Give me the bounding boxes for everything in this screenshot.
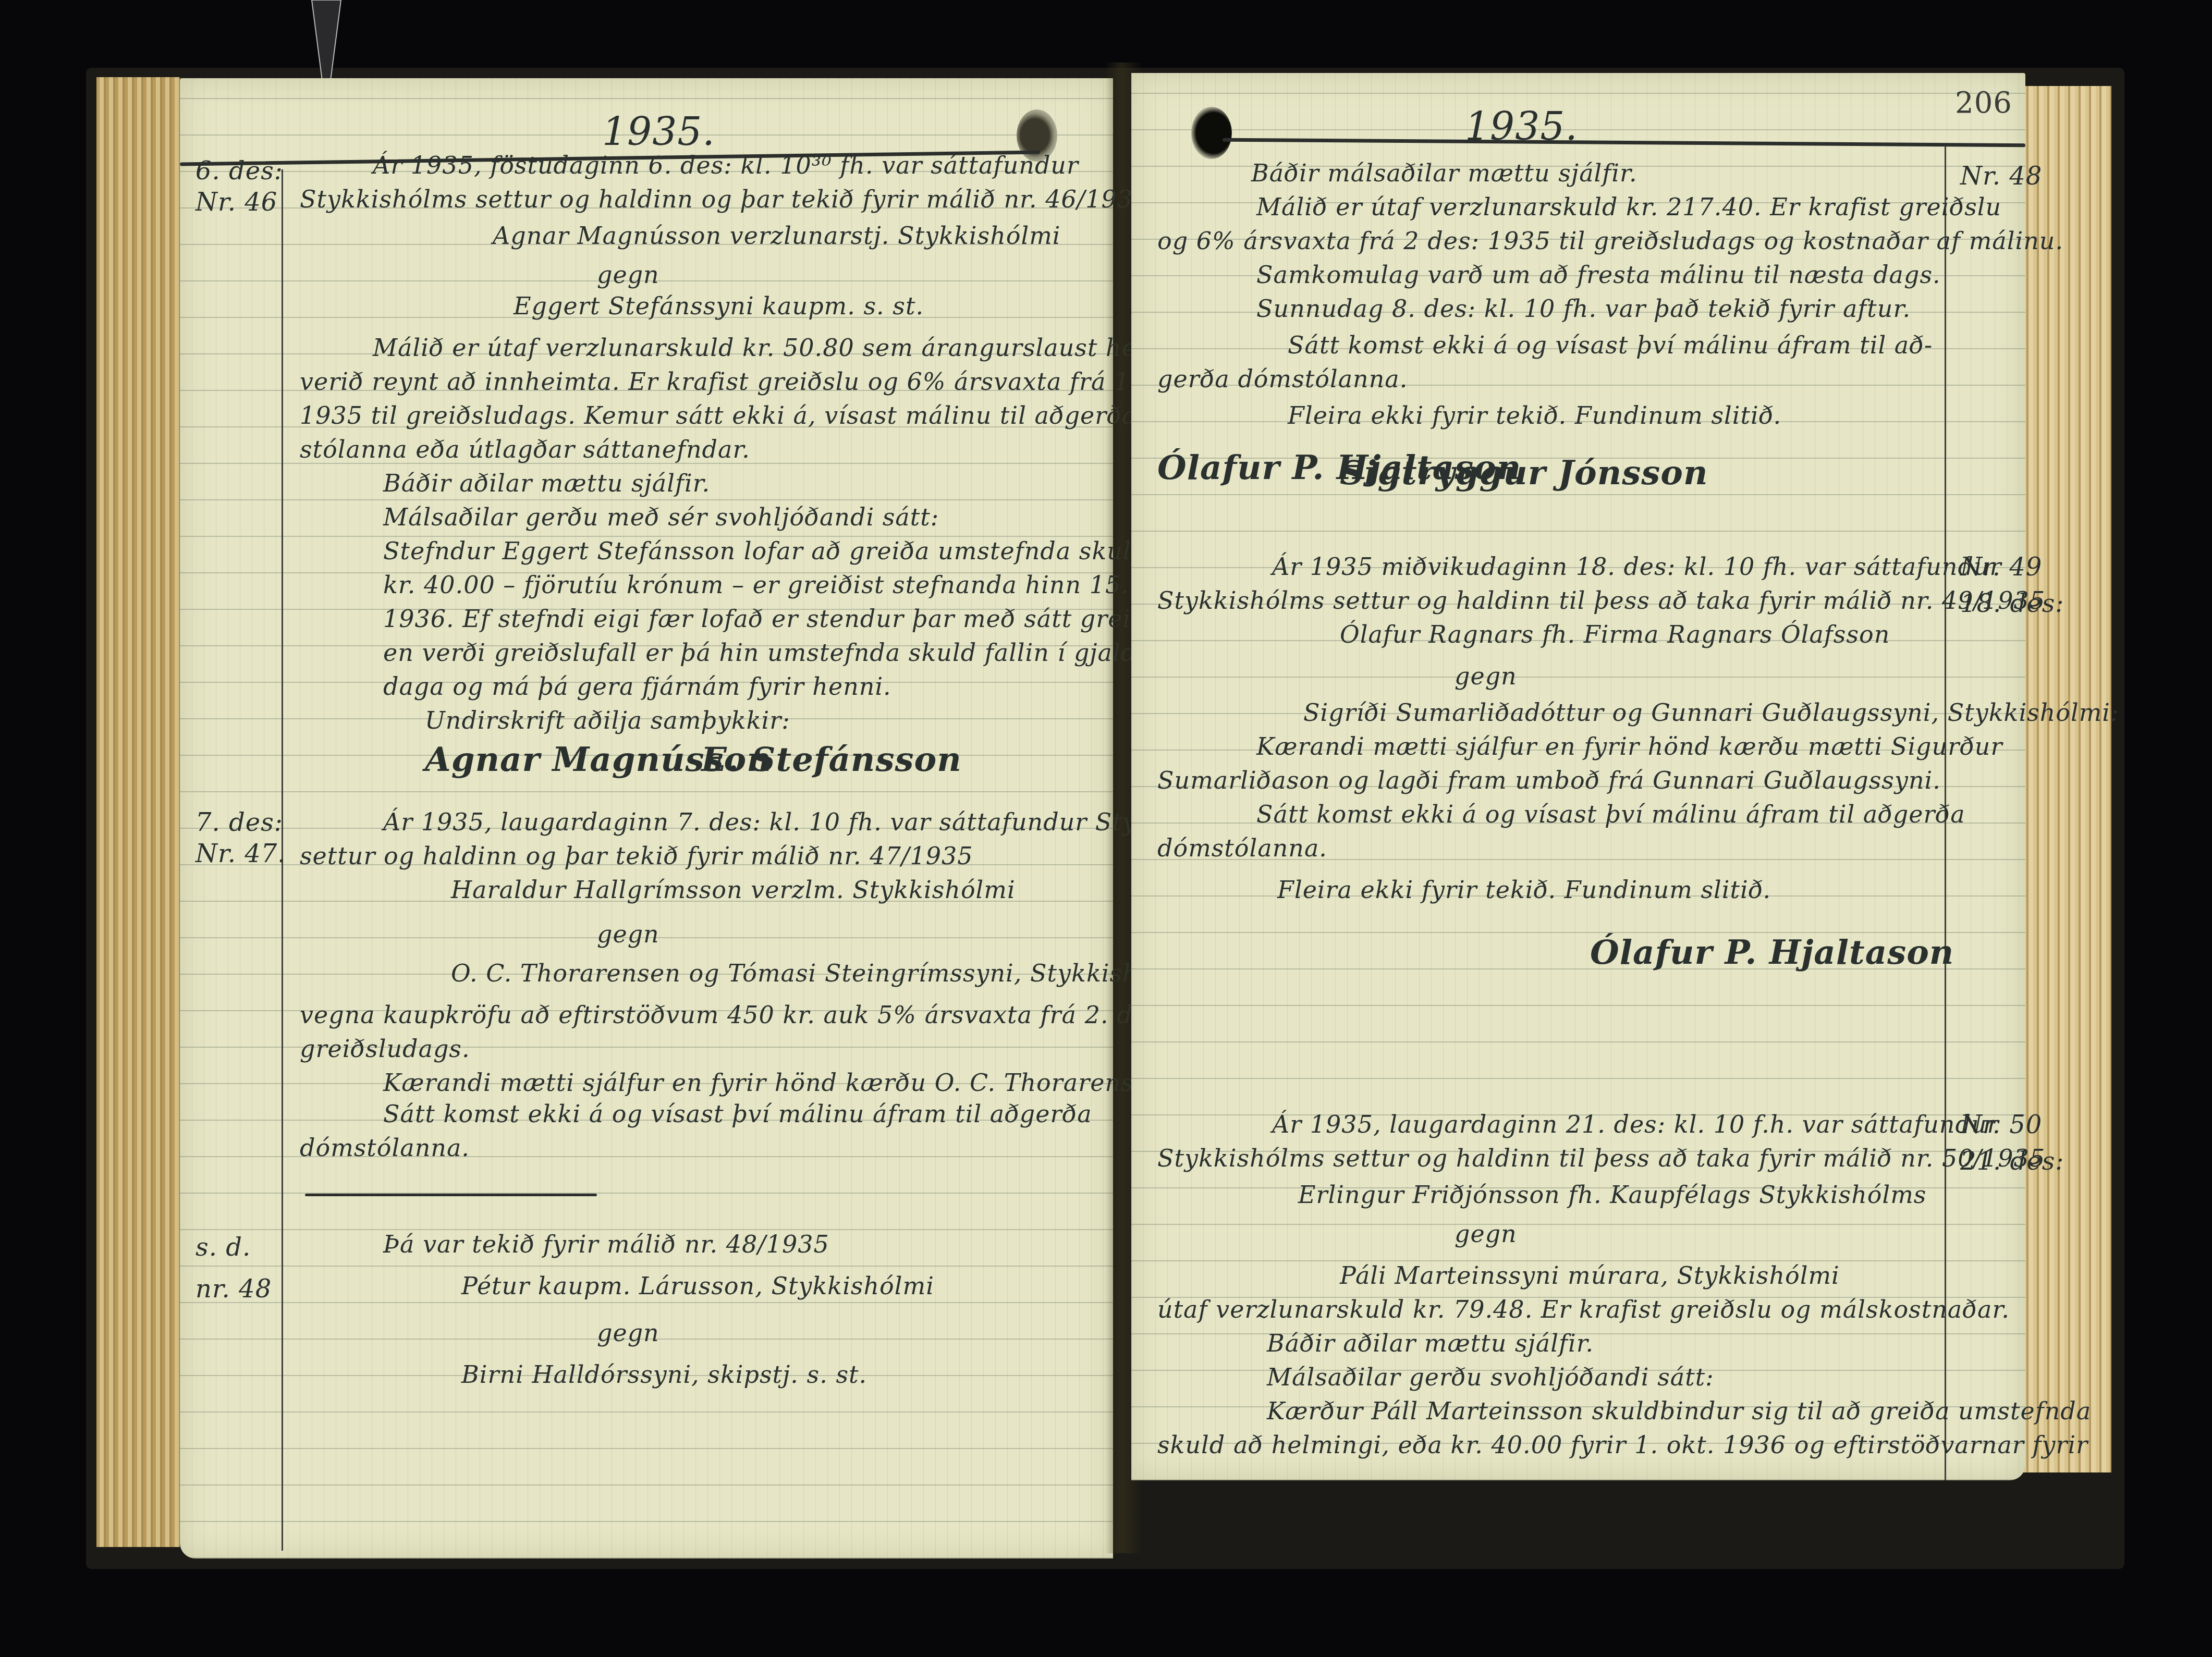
margin-date: 6. des: [195, 156, 283, 186]
entry-line: Málsaðilar gerðu svohljóðandi sátt: [1267, 1363, 1714, 1391]
left-page: 1935. 6. des: Nr. 46 Ár 1935, föstudagin… [180, 78, 1113, 1558]
entry-line: Sátt komst ekki á og vísast því málinu á… [1256, 800, 1965, 828]
entry-separator [305, 1194, 597, 1196]
entry-line: vegna kaupkröfu að eftirstöðvum 450 kr. … [300, 1001, 1203, 1029]
right-page-edges [2023, 86, 2111, 1472]
entry-line: settur og haldinn og þar tekið fyrir mál… [300, 842, 973, 870]
entry-line: Þá var tekið fyrir málið nr. 48/1935 [383, 1230, 829, 1258]
entry-line: Báðir aðilar mættu sjálfir. [383, 469, 710, 497]
entry-line: Undirskrift aðilja samþykkir: [425, 706, 790, 734]
entry-line: Ár 1935, laugardaginn 21. des: kl. 10 f.… [1272, 1110, 1999, 1138]
entry-line: Sátt komst ekki á og vísast því málinu á… [1288, 331, 1933, 359]
entry-line: útaf verzlunarskuld kr. 79.48. Er krafis… [1157, 1295, 2010, 1323]
entry-party: Haraldur Hallgrímsson verzlm. Stykkishól… [451, 876, 1016, 904]
header-rule [1223, 138, 2025, 148]
entry-party: O. C. Thorarensen og Tómasi Steingrímssy… [451, 959, 1193, 987]
margin-case-number: Nr. 46 [195, 188, 277, 217]
left-page-edges [96, 77, 180, 1547]
knife-blade-icon [311, 0, 342, 91]
entry-line: gerða dómstólanna. [1157, 365, 1408, 393]
right-page: 1935. 206 Nr. 48 Báðir málsaðilar mættu … [1131, 73, 2025, 1480]
entry-line: Málið er útaf verzlunarskuld kr. 217.40.… [1256, 193, 2001, 221]
margin-case-number: nr. 48 [195, 1274, 272, 1304]
margin-case-number: Nr. 48 [1960, 162, 2042, 191]
entry-line: dómstólanna. [1157, 834, 1327, 862]
entry-line: verið reynt að innheimta. Er krafist gre… [300, 367, 1193, 396]
entry-gegn: gegn [1455, 1220, 1517, 1248]
entry-line: Sumarliðason og lagði fram umboð frá Gun… [1157, 766, 1941, 794]
entry-line: Sátt komst ekki á og vísast því málinu á… [383, 1100, 1092, 1128]
entry-gegn: gegn [1455, 662, 1517, 690]
entry-gegn: gegn [597, 920, 659, 948]
entry-line: Stykkishólms settur og haldinn til þess … [1157, 586, 2045, 615]
entry-line: dómstólanna. [300, 1134, 470, 1162]
entry-line: skuld að helmingi, eða kr. 40.00 fyrir 1… [1157, 1431, 2088, 1459]
signature: Ólafur P. Hjaltason [1590, 933, 1954, 972]
margin-case-number: Nr. 47. [195, 839, 286, 868]
entry-line: greiðsludags. [300, 1035, 470, 1063]
entry-line: og 6% ársvaxta frá 2 des: 1935 til greið… [1157, 227, 2063, 255]
entry-party: Agnar Magnússon verzlunarstj. Stykkishól… [493, 222, 1061, 250]
entry-line: Stykkishólms settur og haldinn til þess … [1157, 1144, 2045, 1172]
entry-party: Pétur kaupm. Lárusson, Stykkishólmi [461, 1272, 934, 1300]
entry-party: Eggert Stefánssyni kaupm. s. st. [514, 292, 924, 320]
entry-line: Fleira ekki fyrir tekið. Fundinum slitið… [1277, 876, 1771, 904]
entry-party: Erlingur Friðjónsson fh. Kaupfélags Styk… [1298, 1181, 1926, 1209]
entry-party: Páli Marteinssyni múrara, Stykkishólmi [1340, 1261, 1840, 1290]
entry-gegn: gegn [597, 1319, 659, 1347]
entry-line: Kærður Páll Marteinsson skuldbindur sig … [1267, 1397, 2091, 1425]
year-header: 1935. [602, 109, 715, 154]
binding-hole-icon [1191, 107, 1232, 159]
entry-line: Samkomulag varð um að fresta málinu til … [1256, 261, 1941, 289]
entry-line: 1936. Ef stefndi eigi fær lofað er stend… [383, 605, 1171, 633]
entry-line: Kærandi mætti sjálfur en fyrir hönd kærð… [1256, 732, 2002, 760]
page-number: 206 [1955, 86, 2012, 120]
entry-gegn: gegn [597, 261, 659, 289]
entry-line: daga og má þá gera fjárnám fyrir henni. [383, 672, 891, 701]
entry-line: Báðir málsaðilar mættu sjálfir. [1251, 159, 1637, 187]
entry-line: Ár 1935 miðvikudaginn 18. des: kl. 10 fh… [1272, 553, 2002, 581]
margin-date: s. d. [195, 1233, 251, 1262]
entry-line: Málið er útaf verzlunarskuld kr. 50.80 s… [373, 334, 1166, 362]
entry-line: Stefndur Eggert Stefánsson lofar að grei… [383, 537, 1208, 565]
entry-line: kr. 40.00 – fjörutíu krónum – er greiðis… [383, 571, 1219, 599]
signature: Sigtryggur Jónsson [1340, 453, 1708, 493]
entry-party: Birni Halldórssyni, skipstj. s. st. [461, 1360, 867, 1389]
entry-line: stólanna eða útlagðar sáttanefndar. [300, 435, 750, 463]
entry-line: Fleira ekki fyrir tekið. Fundinum slitið… [1288, 401, 1781, 429]
entry-line: Ár 1935, föstudaginn 6. des: kl. 10³⁰ fh… [373, 151, 1079, 179]
margin-date: 7. des: [195, 808, 283, 837]
entry-line: Stykkishólms settur og haldinn og þar te… [300, 185, 1148, 213]
entry-line: Báðir aðilar mættu sjálfir. [1267, 1329, 1594, 1357]
entry-line: en verði greiðslufall er þá hin umstefnd… [383, 639, 1145, 667]
entry-party: Ólafur Ragnars fh. Firma Ragnars Ólafsso… [1340, 620, 1890, 648]
entry-line: 1935 til greiðsludags. Kemur sátt ekki á… [300, 401, 1207, 429]
entry-line: Málsaðilar gerðu með sér svohljóðandi sá… [383, 503, 939, 531]
signature: E. Stefánsson [701, 740, 962, 779]
entry-party: Sigríði Sumarliðadóttur og Gunnari Guðla… [1303, 698, 2119, 727]
entry-line: Sunnudag 8. des: kl. 10 fh. var það teki… [1256, 294, 1911, 323]
